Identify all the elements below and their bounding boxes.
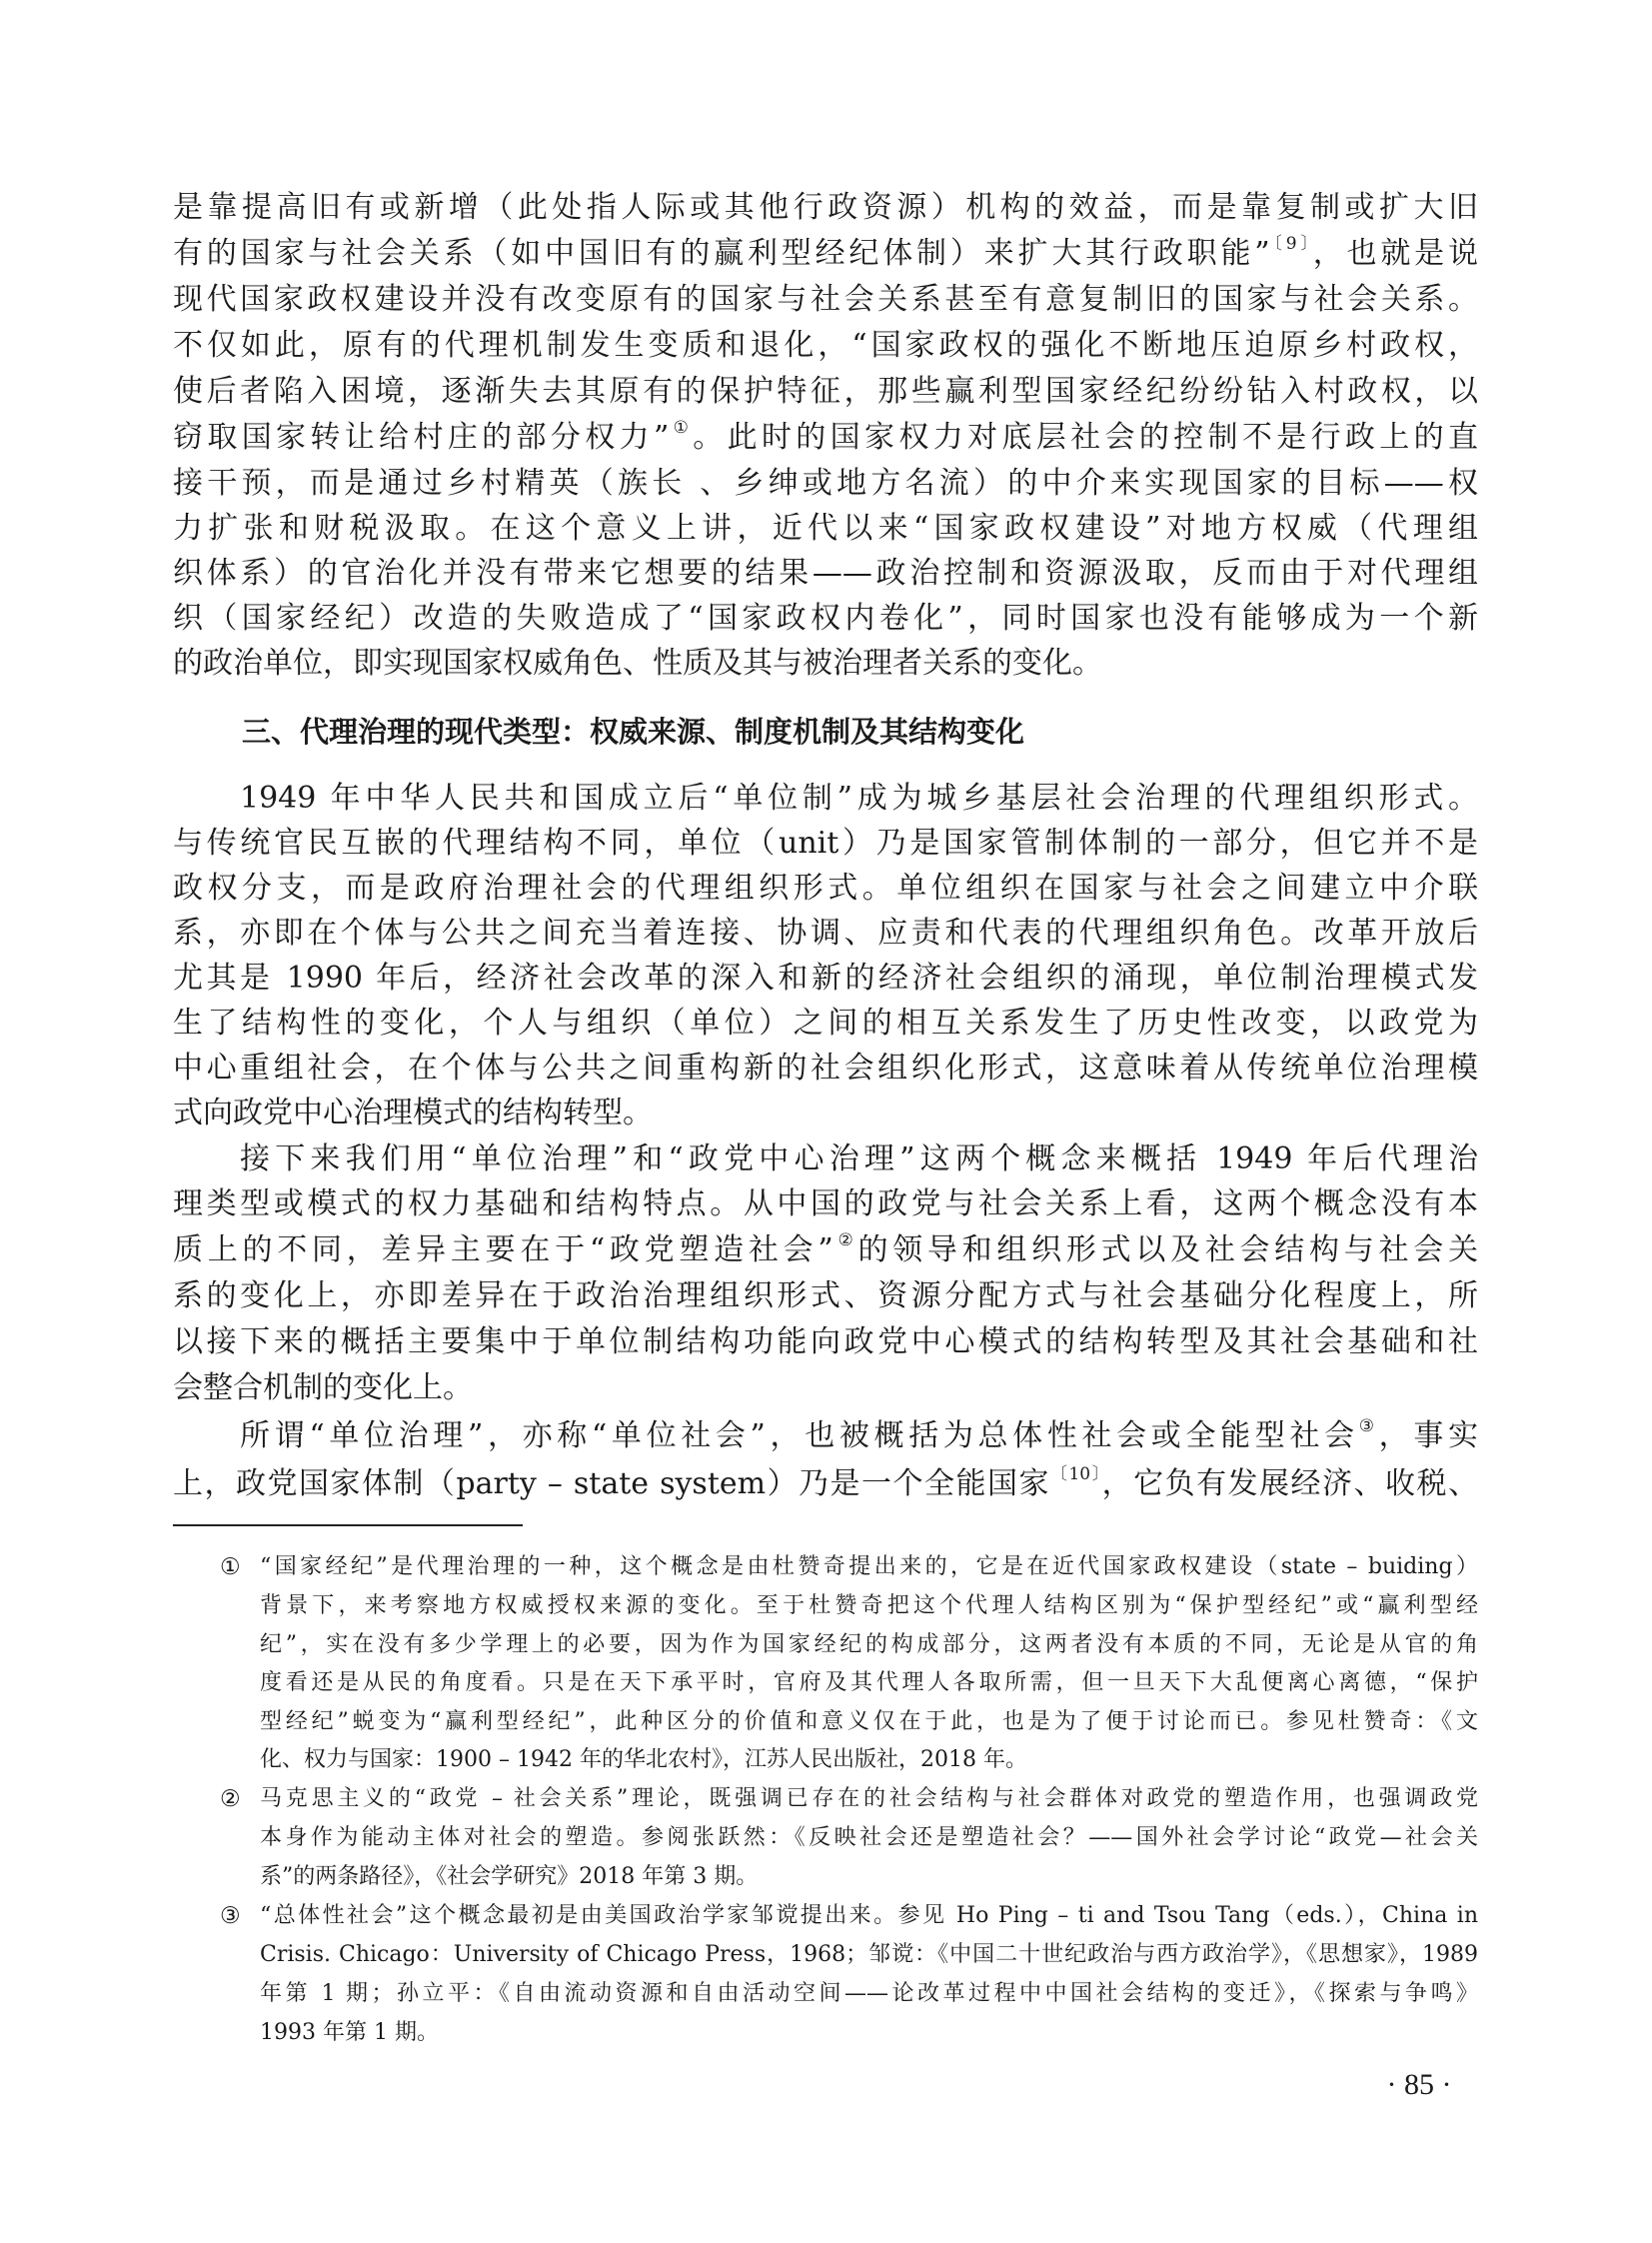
- text-line: 与传统官民互嵌的代理结构不同，单位（unit）乃是国家管制体制的一部分，但它并不…: [173, 821, 1478, 866]
- text-line: 使后者陷入困境，逐渐失去其原有的保护特征，那些赢利型国家经纪纷纷钻入村政权，以: [173, 369, 1478, 414]
- footnote-line: 化、权力与国家：1900 – 1942 年的华北农村》，江苏人民出版社，2018…: [260, 1741, 1478, 1780]
- footnote-line: 型经纪”蜕变为“赢利型经纪”，此种区分的价值和意义仅在于此，也是为了便于讨论而已…: [260, 1703, 1478, 1742]
- footnote-line: 纪”，实在没有多少学理上的必要，因为作为国家经纪的构成部分，这两者没有本质的不同…: [260, 1626, 1478, 1665]
- text-line: 式向政党中心治理模式的结构转型。: [173, 1091, 1478, 1135]
- text-line: 会整合机制的变化上。: [173, 1365, 1478, 1410]
- citation-ref[interactable]: 〔10〕: [1050, 1464, 1102, 1484]
- text-line: 织（国家经纪）改造的失败造成了“国家政权内卷化”，同时国家也没有能够成为一个新: [173, 596, 1478, 641]
- text-line: 接干预，而是通过乡村精英（族长 、乡绅或地方名流）的中介来实现国家的目标——权: [173, 461, 1478, 506]
- text-line: 力扩张和财税汲取。在这个意义上讲，近代以来“国家政权建设”对地方权威（代理组: [173, 506, 1478, 551]
- text-line: 窃取国家转让给村庄的部分权力”①。此时的国家权力对底层社会的控制不是行政上的直: [173, 415, 1478, 460]
- footnote-marker: ②: [220, 1780, 241, 1819]
- text-line: 质上的不同，差异主要在于“政党塑造社会”②的领导和组织形式以及社会结构与社会关: [173, 1227, 1478, 1272]
- text-line: 中心重组社会，在个体与公共之间重构新的社会组织化形式，这意味着从传统单位治理模: [173, 1046, 1478, 1091]
- footnote-line: 背景下，来考察地方权威授权来源的变化。至于杜赞奇把这个代理人结构区别为“保护型经…: [260, 1587, 1478, 1626]
- text-line: 以接下来的概括主要集中于单位制结构功能向政党中心模式的结构转型及其社会基础和社: [173, 1319, 1478, 1364]
- footnote-line: “国家经纪”是代理治理的一种，这个概念是由杜赞奇提出来的，它是在近代国家政权建设…: [260, 1548, 1478, 1587]
- footnote-marker: ①: [220, 1548, 241, 1587]
- footnote-marker: ③: [220, 1897, 241, 1936]
- text-line: 有的国家与社会关系（如中国旧有的赢利型经纪体制）来扩大其行政职能”〔9〕，也就是…: [173, 231, 1478, 276]
- footnote-line: 度看还是从民的角度看。只是在天下承平时，官府及其代理人各取所需，但一旦天下大乱便…: [260, 1664, 1478, 1703]
- section-heading: 三、代理治理的现代类型：权威来源、制度机制及其结构变化: [242, 710, 1024, 755]
- footnote-ref[interactable]: ①: [669, 418, 693, 438]
- footnote-line: 年第 1 期；孙立平：《自由流动资源和自由活动空间——论改革过程中中国社会结构的…: [260, 1975, 1478, 2014]
- text-line: 理类型或模式的权力基础和结构特点。从中国的政党与社会关系上看，这两个概念没有本: [173, 1181, 1478, 1226]
- footnote-line: 本身作为能动主体对社会的塑造。参阅张跃然：《反映社会还是塑造社会？——国外社会学…: [260, 1819, 1478, 1858]
- footnote-line: Crisis. Chicago：University of Chicago Pr…: [260, 1936, 1478, 1975]
- page-number: · 85 ·: [1379, 2065, 1459, 2105]
- text-line: 上，政党国家体制（party – state system）乃是一个全能国家〔1…: [173, 1461, 1478, 1506]
- text-line: 不仅如此，原有的代理机制发生变质和退化，“国家政权的强化不断地压迫原乡村政权，: [173, 323, 1478, 368]
- text-line: 系，亦即在个体与公共之间充当着连接、协调、应责和代表的代理组织角色。改革开放后: [173, 911, 1478, 956]
- footnote-line: “总体性社会”这个概念最初是由美国政治学家邹谠提出来。参见 Ho Ping – …: [260, 1897, 1478, 1936]
- text-line: 接下来我们用“单位治理”和“政党中心治理”这两个概念来概括 1949 年后代理治: [240, 1136, 1478, 1181]
- citation-ref[interactable]: 〔9〕: [1270, 234, 1313, 254]
- footnote-line: 马克思主义的“政党 – 社会关系”理论，既强调已存在的社会结构与社会群体对政党的…: [260, 1780, 1478, 1819]
- footnote-divider: [173, 1524, 523, 1526]
- text-line: 政权分支，而是政府治理社会的代理组织形式。单位组织在国家与社会之间建立中介联: [173, 866, 1478, 911]
- footnote-line: 1993 年第 1 期。: [260, 2014, 1478, 2053]
- text-line: 的政治单位，即实现国家权威角色、性质及其与被治理者关系的变化。: [173, 641, 1478, 686]
- text-line: 系的变化上，亦即差异在于政治治理组织形式、资源分配方式与社会基础分化程度上，所: [173, 1273, 1478, 1318]
- text-line: 现代国家政权建设并没有改变原有的国家与社会关系甚至有意复制旧的国家与社会关系。: [173, 277, 1478, 322]
- text-line: 尤其是 1990 年后，经济社会改革的深入和新的经济社会组织的涌现，单位制治理模…: [173, 956, 1478, 1001]
- footnote-ref[interactable]: ②: [833, 1230, 858, 1250]
- text-line: 所谓“单位治理”，亦称“单位社会”，也被概括为总体性社会或全能型社会③，事实: [240, 1413, 1478, 1458]
- text-line: 是靠提高旧有或新增（此处指人际或其他行政资源）机构的效益，而是靠复制或扩大旧: [173, 185, 1478, 230]
- text-line: 生了结构性的变化，个人与组织（单位）之间的相互关系发生了历史性改变，以政党为: [173, 1001, 1478, 1046]
- footnote-line: 系”的两条路径》，《社会学研究》2018 年第 3 期。: [260, 1858, 1478, 1897]
- text-line: 织体系）的官治化并没有带来它想要的结果——政治控制和资源汲取，反而由于对代理组: [173, 551, 1478, 596]
- text-line: 1949 年中华人民共和国成立后“单位制”成为城乡基层社会治理的代理组织形式。: [240, 776, 1478, 821]
- footnote-ref[interactable]: ③: [1359, 1416, 1379, 1436]
